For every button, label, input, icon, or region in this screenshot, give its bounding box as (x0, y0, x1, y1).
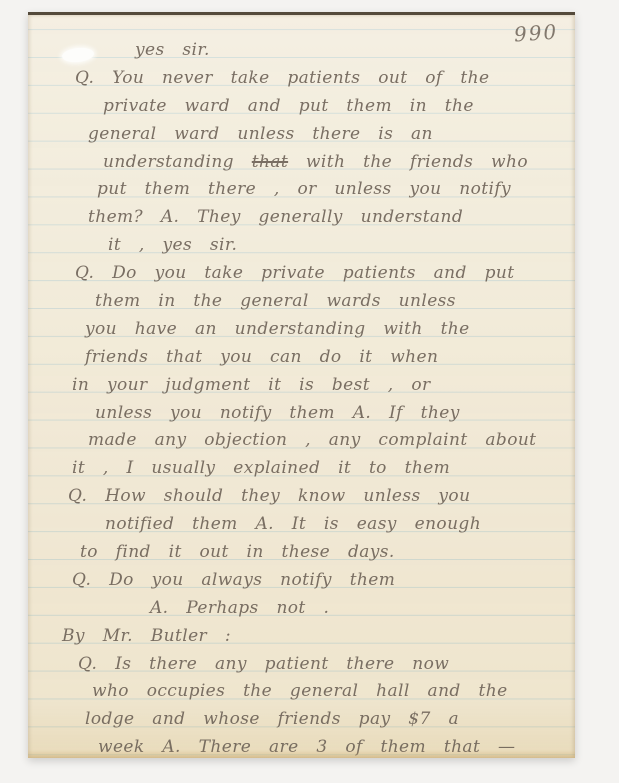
handwriting-line: who occupies the general hall and the (28, 678, 575, 706)
handwriting-text: who occupies the general hall and the (92, 681, 508, 701)
handwriting-text: private ward and put them in the (103, 96, 474, 116)
handwriting-line: By Mr. Butler : (28, 623, 575, 651)
handwriting-text: them in the general wards unless (95, 291, 456, 311)
handwriting-text: Q. Do you take private patients and put (75, 263, 514, 283)
handwriting-line: put them there , or unless you notify (28, 176, 575, 204)
handwriting-line: them in the general wards unless (28, 288, 575, 316)
handwriting-line: week A. There are 3 of them that — (28, 734, 575, 758)
handwriting-text: it , yes sir. (108, 235, 237, 255)
handwriting-line: Q. You never take patients out of the (28, 65, 575, 93)
handwriting-text: notified them A. It is easy enough (105, 514, 481, 534)
handwriting-line: lodge and whose friends pay $7 a (28, 706, 575, 734)
handwriting-text: understanding (103, 152, 252, 172)
handwriting-text: you have an understanding with the (85, 319, 470, 339)
handwriting-text: Q. Is there any patient there now (78, 654, 449, 674)
struck-word: that (252, 152, 288, 172)
photo-background: 990 yes sir.Q. You never take patients o… (0, 0, 619, 783)
handwriting-text: general ward unless there is an (88, 124, 433, 144)
handwriting-line: Q. Is there any patient there now (28, 651, 575, 679)
handwriting-line: A. Perhaps not . (28, 595, 575, 623)
handwriting-text: made any objection , any complaint about (88, 430, 536, 450)
handwriting-text: lodge and whose friends pay $7 a (85, 709, 459, 729)
handwriting-text: with the friends who (288, 152, 528, 172)
handwriting-text: friends that you can do it when (85, 347, 438, 367)
handwriting-line: private ward and put them in the (28, 93, 575, 121)
handwriting-line: them? A. They generally understand (28, 204, 575, 232)
handwriting-line: Q. Do you take private patients and put (28, 260, 575, 288)
handwriting-line: unless you notify them A. If they (28, 400, 575, 428)
handwriting-line: in your judgment it is best , or (28, 372, 575, 400)
handwriting-line: made any objection , any complaint about (28, 427, 575, 455)
handwriting-text: put them there , or unless you notify (97, 179, 511, 199)
handwriting-line: Q. How should they know unless you (28, 483, 575, 511)
handwriting-line: general ward unless there is an (28, 121, 575, 149)
handwriting-text: Q. How should they know unless you (68, 486, 470, 506)
handwriting-text: week A. There are 3 of them that — (98, 737, 515, 757)
handwriting-text: yes sir. (135, 40, 210, 60)
handwriting-line: understanding that with the friends who (28, 149, 575, 177)
handwriting-text: unless you notify them A. If they (95, 403, 460, 423)
manuscript-paper: 990 yes sir.Q. You never take patients o… (28, 12, 575, 758)
handwriting-text: A. Perhaps not . (150, 598, 329, 618)
handwriting-text: Q. Do you always notify them (72, 570, 395, 590)
handwriting-line: it , yes sir. (28, 232, 575, 260)
handwriting-line: Q. Do you always notify them (28, 567, 575, 595)
handwriting-text: Q. You never take patients out of the (75, 68, 489, 88)
handwriting-line: friends that you can do it when (28, 344, 575, 372)
handwriting-line: notified them A. It is easy enough (28, 511, 575, 539)
handwriting-line: yes sir. (28, 37, 575, 65)
handwriting-line: you have an understanding with the (28, 316, 575, 344)
handwriting-text: them? A. They generally understand (88, 207, 463, 227)
handwriting-text: to find it out in these days. (80, 542, 395, 562)
handwriting-line: to find it out in these days. (28, 539, 575, 567)
handwriting-line: it , I usually explained it to them (28, 455, 575, 483)
handwriting-text: By Mr. Butler : (62, 626, 231, 646)
handwriting-text: in your judgment it is best , or (72, 375, 431, 395)
handwriting-text: it , I usually explained it to them (72, 458, 450, 478)
manuscript-lines: yes sir.Q. You never take patients out o… (28, 37, 575, 758)
